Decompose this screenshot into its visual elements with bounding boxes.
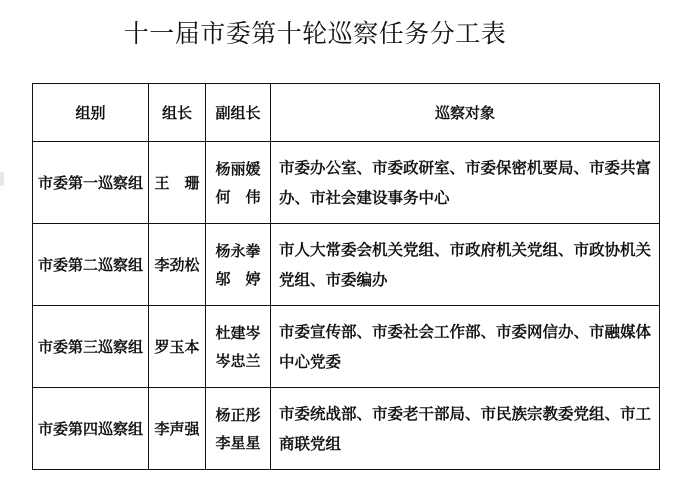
- table-row: 市委第二巡察组 李劲松 杨永拳 邬 婷 市人大常委会机关党组、市政府机关党组、市…: [33, 224, 660, 306]
- deputy-name: 杨丽媛: [206, 155, 270, 183]
- leader-cell: 王 珊: [149, 142, 206, 224]
- targets-cell: 市委办公室、市委政研室、市委保密机要局、市委共富办、市社会建设事务中心: [271, 142, 660, 224]
- table-row: 市委第一巡察组 王 珊 杨丽媛 何 伟 市委办公室、市委政研室、市委保密机要局、…: [33, 142, 660, 224]
- task-assignment-table: 组别 组长 副组长 巡察对象 市委第一巡察组 王 珊 杨丽媛 何 伟 市委办公室…: [32, 83, 660, 470]
- targets-cell: 市委宣传部、市委社会工作部、市委网信办、市融媒体中心党委: [271, 306, 660, 388]
- header-deputy: 副组长: [206, 84, 271, 142]
- deputy-name: 杨永拳: [206, 237, 270, 265]
- leader-cell: 罗玉本: [149, 306, 206, 388]
- deputy-cell: 杨丽媛 何 伟: [206, 142, 271, 224]
- table-row: 市委第四巡察组 李声强 杨正彤 李星星 市委统战部、市委老干部局、市民族宗教委党…: [33, 388, 660, 470]
- deputy-name: 杨正彤: [206, 401, 270, 429]
- table-header-row: 组别 组长 副组长 巡察对象: [33, 84, 660, 142]
- deputy-name: 杜建岑: [206, 319, 270, 347]
- targets-cell: 市人大常委会机关党组、市政府机关党组、市政协机关党组、市委编办: [271, 224, 660, 306]
- deputy-cell: 杨永拳 邬 婷: [206, 224, 271, 306]
- group-cell: 市委第二巡察组: [33, 224, 149, 306]
- edge-mark: [0, 172, 4, 186]
- deputy-name: 邬 婷: [206, 265, 270, 293]
- header-group: 组别: [33, 84, 149, 142]
- group-cell: 市委第三巡察组: [33, 306, 149, 388]
- deputy-name: 岑忠兰: [206, 347, 270, 375]
- group-cell: 市委第一巡察组: [33, 142, 149, 224]
- header-targets: 巡察对象: [271, 84, 660, 142]
- header-leader: 组长: [149, 84, 206, 142]
- deputy-cell: 杨正彤 李星星: [206, 388, 271, 470]
- group-cell: 市委第四巡察组: [33, 388, 149, 470]
- deputy-name: 李星星: [206, 429, 270, 457]
- leader-cell: 李劲松: [149, 224, 206, 306]
- leader-cell: 李声强: [149, 388, 206, 470]
- deputy-cell: 杜建岑 岑忠兰: [206, 306, 271, 388]
- targets-cell: 市委统战部、市委老干部局、市民族宗教委党组、市工商联党组: [271, 388, 660, 470]
- page-title: 十一届市委第十轮巡察任务分工表: [0, 14, 630, 50]
- deputy-name: 何 伟: [206, 183, 270, 211]
- table-row: 市委第三巡察组 罗玉本 杜建岑 岑忠兰 市委宣传部、市委社会工作部、市委网信办、…: [33, 306, 660, 388]
